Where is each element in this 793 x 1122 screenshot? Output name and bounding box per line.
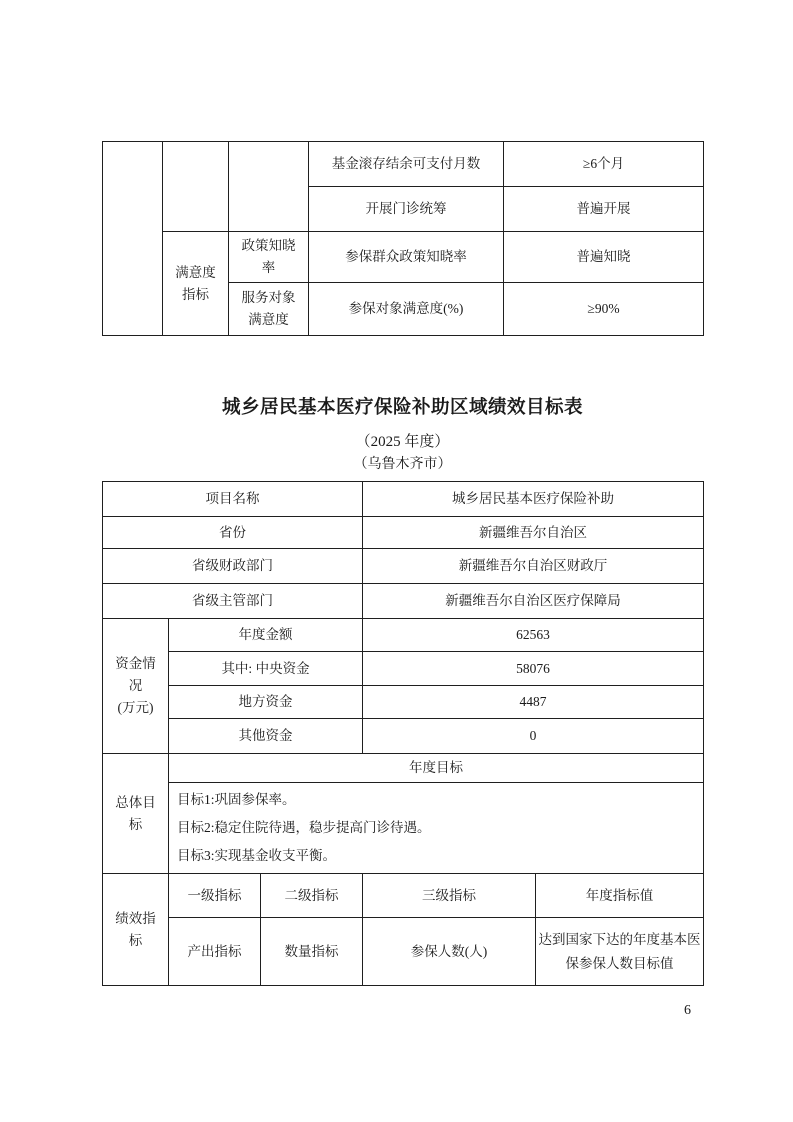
fund-label-cell: 其中: 中央资金 <box>169 652 363 686</box>
page-number: 6 <box>684 1001 691 1021</box>
annual-value-cell: 达到国家下达的年度基本医保参保人数目标值 <box>536 918 704 986</box>
table-row: 资金情况 (万元) 年度金额 62563 <box>103 619 704 652</box>
fund-label-cell: 其他资金 <box>169 719 363 754</box>
empty-category-cell <box>163 142 229 232</box>
annual-goal-header-cell: 年度目标 <box>169 754 704 783</box>
fund-label-cell: 地方资金 <box>169 686 363 719</box>
fund-amount-cell: 62563 <box>363 619 704 652</box>
table-row: 其他资金 0 <box>103 719 704 754</box>
subgroup-label: 政策知晓率 <box>240 235 297 279</box>
info-value-cell: 城乡居民基本医疗保险补助 <box>363 482 704 517</box>
level2-header-cell: 二级指标 <box>261 874 363 918</box>
table-row: 满意度指标 政策知晓率 参保群众政策知晓率 普遍知晓 <box>103 232 704 283</box>
satisfaction-group-label: 满意度指标 <box>172 262 220 306</box>
table-row: 项目名称 城乡居民基本医疗保险补助 <box>103 482 704 517</box>
goal-line: 目标2:稳定住院待遇，稳步提高门诊待遇。 <box>169 814 703 842</box>
target-value-cell: ≥90% <box>504 283 704 336</box>
info-label-cell: 省级主管部门 <box>103 584 363 619</box>
document-region: （乌鲁木齐市） <box>102 455 703 475</box>
indicator-cell: 开展门诊统筹 <box>309 187 504 232</box>
level1-header-cell: 一级指标 <box>169 874 261 918</box>
table-row: 目标1:巩固参保率。 目标2:稳定住院待遇，稳步提高门诊待遇。 目标3:实现基金… <box>103 783 704 874</box>
level2-cell: 数量指标 <box>261 918 363 986</box>
funds-group-unit: (万元) <box>103 697 168 719</box>
table-row: 省级财政部门 新疆维吾尔自治区财政厅 <box>103 549 704 584</box>
performance-group-label: 绩效指标 <box>112 908 160 952</box>
annual-goals-cell: 目标1:巩固参保率。 目标2:稳定住院待遇，稳步提高门诊待遇。 目标3:实现基金… <box>169 783 704 874</box>
table-row: 总体目标 年度目标 <box>103 754 704 783</box>
table-row: 省级主管部门 新疆维吾尔自治区医疗保障局 <box>103 584 704 619</box>
goal-line: 目标3:实现基金收支平衡。 <box>169 842 703 870</box>
info-label-cell: 项目名称 <box>103 482 363 517</box>
fund-amount-cell: 58076 <box>363 652 704 686</box>
subgroup-cell: 服务对象满意度 <box>229 283 309 336</box>
info-label-cell: 省份 <box>103 517 363 549</box>
indicator-cell: 基金滚存结余可支付月数 <box>309 142 504 187</box>
performance-target-table: 项目名称 城乡居民基本医疗保险补助 省份 新疆维吾尔自治区 省级财政部门 新疆维… <box>102 481 704 986</box>
title-block: 城乡居民基本医疗保险补助区域绩效目标表 （2025 年度） （乌鲁木齐市） <box>102 395 703 475</box>
target-value-cell: 普遍知晓 <box>504 232 704 283</box>
target-value-cell: ≥6个月 <box>504 142 704 187</box>
info-value-cell: 新疆维吾尔自治区财政厅 <box>363 549 704 584</box>
info-value-cell: 新疆维吾尔自治区 <box>363 517 704 549</box>
subgroup-label: 服务对象满意度 <box>240 287 297 331</box>
performance-group-cell: 绩效指标 <box>103 874 169 986</box>
level3-header-cell: 三级指标 <box>363 874 536 918</box>
indicator-cell: 参保群众政策知晓率 <box>309 232 504 283</box>
top-indicator-table: 基金滚存结余可支付月数 ≥6个月 开展门诊统筹 普遍开展 满意度指标 政策知晓率… <box>102 141 704 336</box>
level3-cell: 参保人数(人) <box>363 918 536 986</box>
fund-amount-cell: 4487 <box>363 686 704 719</box>
subgroup-cell: 政策知晓率 <box>229 232 309 283</box>
annual-value-header-cell: 年度指标值 <box>536 874 704 918</box>
indicator-cell: 参保对象满意度(%) <box>309 283 504 336</box>
table-row: 绩效指标 一级指标 二级指标 三级指标 年度指标值 <box>103 874 704 918</box>
level1-cell: 产出指标 <box>169 918 261 986</box>
document-year: （2025 年度） <box>102 432 703 452</box>
overall-goal-group-label: 总体目标 <box>112 792 160 836</box>
funds-group-cell: 资金情况 (万元) <box>103 619 169 754</box>
overall-goal-group-cell: 总体目标 <box>103 754 169 874</box>
goal-line: 目标1:巩固参保率。 <box>169 786 703 814</box>
table-row: 其中: 中央资金 58076 <box>103 652 704 686</box>
target-value-cell: 普遍开展 <box>504 187 704 232</box>
document-title: 城乡居民基本医疗保险补助区域绩效目标表 <box>102 395 703 421</box>
fund-label-cell: 年度金额 <box>169 619 363 652</box>
satisfaction-group-cell: 满意度指标 <box>163 232 229 336</box>
info-value-cell: 新疆维吾尔自治区医疗保障局 <box>363 584 704 619</box>
table-row: 基金滚存结余可支付月数 ≥6个月 <box>103 142 704 187</box>
fund-amount-cell: 0 <box>363 719 704 754</box>
document-page: 基金滚存结余可支付月数 ≥6个月 开展门诊统筹 普遍开展 满意度指标 政策知晓率… <box>0 0 793 1122</box>
table-row: 地方资金 4487 <box>103 686 704 719</box>
table-row: 产出指标 数量指标 参保人数(人) 达到国家下达的年度基本医保参保人数目标值 <box>103 918 704 986</box>
info-label-cell: 省级财政部门 <box>103 549 363 584</box>
funds-group-label: 资金情况 <box>113 653 159 697</box>
empty-group-cell <box>103 142 163 336</box>
table-row: 省份 新疆维吾尔自治区 <box>103 517 704 549</box>
empty-subcategory-cell <box>229 142 309 232</box>
